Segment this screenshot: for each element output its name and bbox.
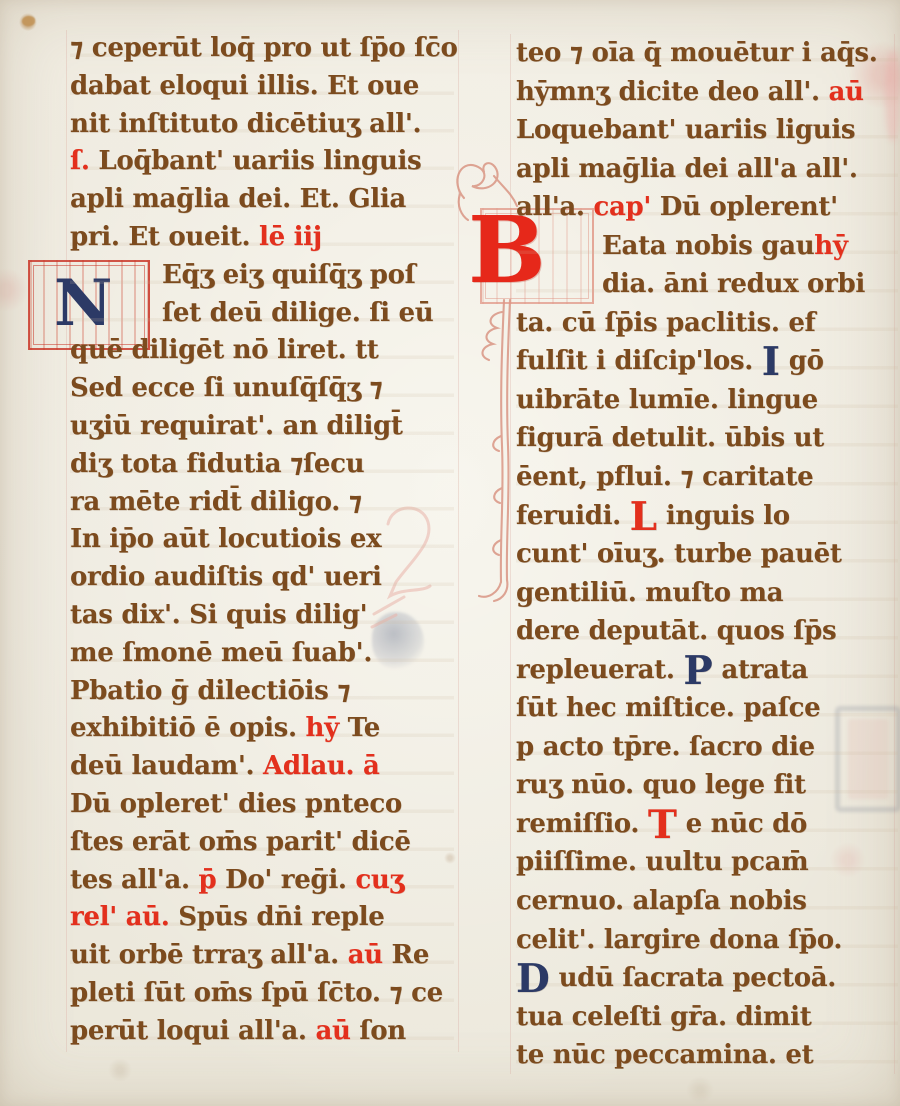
text-run-brown: piiſſime. uultu pcam̄ [516,847,808,877]
text-run-brown: gō [780,346,824,376]
text-line: ra mēte ridt̄ diligo. ⁊ [70,484,454,522]
text-run-brown: all'a. [516,192,593,222]
text-run-brown: te nūc peccamina. et [516,1040,813,1070]
text-line: dere deputāt. quos ſp̄s [516,612,898,651]
text-line: Eq̄ʒ eiʒ quiſq̄ʒ poſ [70,257,454,295]
text-run-brown: tes all'a. [70,865,198,895]
text-run-brown: inguis lo [657,501,790,531]
text-line: dia. āni redux orbi [516,265,898,304]
text-run-brown: ſet deū dilige. ſi eū [162,298,433,328]
text-run-brown: ruʒ nūo. quo lege fit [516,770,806,800]
text-line: quē diligēt nō liret. tt [70,332,454,370]
text-line: uʒiū requirat'. an diligt̄ [70,408,454,446]
text-line: feruidi. L inguis lo [516,497,898,536]
text-line: teo ⁊ oīa q̄ mouētur i aq̄s. [516,34,898,73]
text-line: ordio audiſtis qd' ueri [70,559,454,597]
text-line: nit inſtituto dicētiuʒ all'. [70,106,454,144]
text-run-brown: repleuerat. [516,655,683,685]
text-run-brown: udū ſacrata pectoā. [550,963,836,993]
text-line: figurā detulit. ūbis ut [516,419,898,458]
text-run-brown: hȳmnʒ dicite deo all'. [516,77,829,107]
text-run-brown: cunt' oīuʒ. turbe pauēt [516,539,842,569]
text-run-brown: pleti ſūt om̄s ſpū ſc̄to. ⁊ ce [70,978,443,1008]
text-line: tes all'a. p̄ Do' reḡi. cuʒ [70,862,454,900]
text-run-brown: exhibitiō ē opis. [70,713,306,743]
text-run-brown: gentiliū. muſto ma [516,578,783,608]
text-line: pri. Et oueit. lē iij [70,219,454,257]
text-line: Eata nobis gauhȳ [516,227,898,266]
text-line: Loquebant' uariis liguis [516,111,898,150]
text-run-red: aū [315,1016,350,1046]
text-line: D udū ſacrata pectoā. [516,959,898,998]
text-run-brown: figurā detulit. ūbis ut [516,423,824,453]
text-line: ſtes erāt om̄s parit' dicē [70,824,454,862]
text-line: gentiliū. muſto ma [516,574,898,613]
text-run-brown: tua celeſti gr̄a. dimit [516,1002,811,1032]
text-run-brown: me ſmonē meū ſuab'. [70,638,372,668]
text-run-brown: Loq̄bant' uariis linguis [90,146,422,176]
right-text-column: teo ⁊ oīa q̄ mouētur i aq̄s.hȳmnʒ dicite… [516,34,898,1075]
text-run-brown: In ip̄o aūt locutiois ex [70,524,381,554]
inline-versal-initial: T [648,802,677,848]
text-line: cunt' oīuʒ. turbe pauēt [516,535,898,574]
text-line: ⁊ ceperūt loq̄ pro ut ſp̄o ſc̄o [70,30,454,68]
text-run-brown: Te [339,713,380,743]
text-run-brown: diʒ tota fidutia ⁊ſecu [70,449,364,479]
text-run-brown: ſon [351,1016,406,1046]
text-line: diʒ tota fidutia ⁊ſecu [70,446,454,484]
text-run-brown: feruidi. [516,501,630,531]
text-run-red: rel' aū. [70,902,178,932]
text-run-brown: celit'. largire dona ſp̄o. [516,925,842,955]
ruling-guide-line [66,30,67,1052]
text-run-brown: Do' reḡi. [216,865,355,895]
text-line: ruʒ nūo. quo lege fit [516,766,898,805]
text-run-brown: uit orbē trraʒ all'a. [70,940,348,970]
text-line: ta. cū ſp̄is paclitis. ef [516,304,898,343]
text-run-brown: ſtes erāt om̄s parit' dicē [70,827,411,857]
text-line: remiſſio. T e nūc dō [516,805,898,844]
text-line: pleti ſūt om̄s ſpū ſc̄to. ⁊ ce [70,975,454,1013]
text-line: tua celeſti gr̄a. dimit [516,998,898,1037]
text-line: te nūc peccamina. et [516,1036,898,1075]
text-run-brown: Pbatio ḡ dilectiōis ⁊ [70,676,350,706]
text-run-brown: Loquebant' uariis liguis [516,115,855,145]
text-run-brown: quē diligēt nō liret. tt [70,335,379,365]
text-run-brown: teo ⁊ oīa q̄ mouētur i aq̄s. [516,38,878,68]
text-line: rel' aū. Spūs dn̄i reple [70,899,454,937]
text-run-brown: apli maḡlia dei. Et. Glia [70,184,406,214]
text-run-brown: dia. āni redux orbi [602,269,865,299]
text-run-brown: pri. Et oueit. [70,222,259,252]
text-line: Pbatio ḡ dilectiōis ⁊ [70,673,454,711]
left-text-column: ⁊ ceperūt loq̄ pro ut ſp̄o ſc̄odabat elo… [70,30,454,1051]
text-run-brown: dere deputāt. quos ſp̄s [516,616,836,646]
text-run-brown: p acto tp̄re. ſacro die [516,732,815,762]
text-run-red: cuʒ [355,865,404,895]
text-line: ſet deū dilige. ſi eū [70,295,454,333]
text-run-brown: ēent, pflui. ⁊ caritate [516,462,813,492]
text-run-red: p̄ [198,865,216,895]
text-run-brown: Sed ecce ſi unuſq̄ſq̄ʒ ⁊ [70,373,382,403]
text-run-brown: ordio audiſtis qd' ueri [70,562,382,592]
text-line: tas dix'. Si quis dilig' [70,597,454,635]
text-line: uibrāte lumīe. lingue [516,381,898,420]
text-run-brown: atrata [713,655,808,685]
text-line: all'a. cap' Dū oplerent' [516,188,898,227]
text-run-brown: uibrāte lumīe. lingue [516,385,818,415]
text-line: celit'. largire dona ſp̄o. [516,921,898,960]
text-line: In ip̄o aūt locutiois ex [70,521,454,559]
text-run-brown: Eata nobis gau [602,231,814,261]
text-run-brown: ra mēte ridt̄ diligo. ⁊ [70,487,362,517]
text-run-brown: uʒiū requirat'. an diligt̄ [70,411,403,441]
text-run-brown: tas dix'. Si quis dilig' [70,600,367,630]
text-run-brown: e nūc dō [677,809,807,839]
inline-versal-initial: L [630,494,657,540]
text-run-red: hȳ [814,231,847,261]
text-line: hȳmnʒ dicite deo all'. aū [516,73,898,112]
text-run-brown: Dū oplerent' [651,192,838,222]
text-run-brown: Eq̄ʒ eiʒ quiſq̄ʒ poſ [162,260,416,290]
text-run-red: aū [829,77,864,107]
text-line: me ſmonē meū ſuab'. [70,635,454,673]
inline-versal-initial: P [683,648,712,694]
text-line: apli maḡlia dei all'a all'. [516,150,898,189]
text-run-brown: cernuo. alapſa nobis [516,886,807,916]
text-run-brown: ta. cū ſp̄is paclitis. ef [516,308,815,338]
text-line: fulſit i diſcip'los. I gō [516,342,898,381]
text-run-red: Adlau. ā [263,751,380,781]
text-line: piiſſime. uultu pcam̄ [516,843,898,882]
text-run-brown: nit inſtituto dicētiuʒ all'. [70,109,421,139]
text-line: perūt loqui all'a. aū ſon [70,1013,454,1051]
text-run-red: cap' [593,192,651,222]
manuscript-page: N B ⁊ ceperūt loq̄ pro ut ſp̄o ſc̄odabat… [0,0,900,1106]
text-line: repleuerat. P atrata [516,651,898,690]
text-line: ſ. Loq̄bant' uariis linguis [70,143,454,181]
text-line: ſūt hec miſtice. paſce [516,689,898,728]
text-run-red: lē iij [259,222,322,252]
text-line: ēent, pflui. ⁊ caritate [516,458,898,497]
inline-versal-initial: I [762,339,780,385]
text-run-brown: deū laudam'. [70,751,263,781]
parchment-stain [22,16,35,26]
text-run-brown: ſūt hec miſtice. paſce [516,693,820,723]
text-run-red: ſ. [70,146,90,176]
text-line: uit orbē trraʒ all'a. aū Re [70,937,454,975]
text-run-red: aū [348,940,383,970]
text-run-brown: Re [383,940,429,970]
text-line: apli maḡlia dei. Et. Glia [70,181,454,219]
text-line: p acto tp̄re. ſacro die [516,728,898,767]
inline-versal-initial: D [516,956,550,1002]
text-line: Sed ecce ſi unuſq̄ſq̄ʒ ⁊ [70,370,454,408]
text-run-brown: remiſſio. [516,809,648,839]
text-run-brown: Dū opleret' dies pnteco [70,789,402,819]
text-run-brown: ⁊ ceperūt loq̄ pro ut ſp̄o ſc̄o [70,33,458,63]
text-run-brown: Spūs dn̄i reple [178,902,384,932]
text-line: Dū opleret' dies pnteco [70,786,454,824]
text-run-brown: dabat eloqui illis. Et oue [70,71,419,101]
text-line: deū laudam'. Adlau. ā [70,748,454,786]
text-run-brown: fulſit i diſcip'los. [516,346,762,376]
text-run-brown: perūt loqui all'a. [70,1016,315,1046]
text-run-red: hȳ [306,713,339,743]
text-run-brown: apli maḡlia dei all'a all'. [516,154,858,184]
text-line: exhibitiō ē opis. hȳ Te [70,710,454,748]
text-line: cernuo. alapſa nobis [516,882,898,921]
text-line: dabat eloqui illis. Et oue [70,68,454,106]
